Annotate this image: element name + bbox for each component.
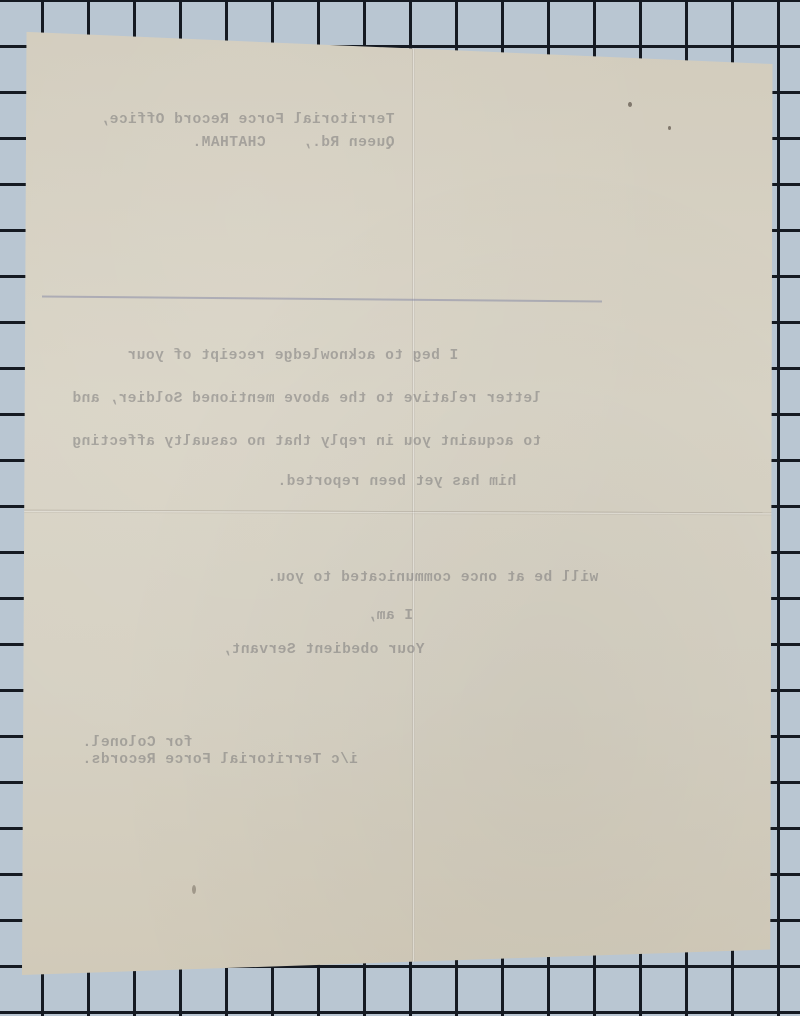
header-line-address: Queen Rd., CHATHAM. — [192, 135, 394, 151]
header-line-office: Territorial Force Record Office, — [100, 112, 394, 128]
signature-office: i/c Territorial Force Records. — [82, 752, 358, 768]
body-line-4: him has yet been reported. — [277, 474, 516, 490]
closing-servant: Your obedient Servant, — [222, 642, 424, 658]
horizontal-fold-crease — [22, 510, 774, 516]
closing-salutation: I am, — [367, 608, 413, 624]
body-line-2: letter relative to the above mentioned S… — [72, 391, 541, 407]
ink-spot — [192, 885, 196, 894]
letter-sheet: Territorial Force Record Office, Queen R… — [22, 30, 774, 975]
ink-spot — [628, 102, 632, 107]
body-line-1: I beg to acknowledge receipt of your — [127, 348, 458, 364]
header-rule-line — [42, 296, 602, 303]
vertical-fold-crease — [412, 30, 415, 975]
signature-title: for Colonel. — [82, 735, 192, 751]
body-line-3: to acquaint you in reply that no casualt… — [72, 434, 541, 450]
body-line-5: will be at once communicated to you. — [267, 570, 598, 586]
ink-spot — [668, 126, 671, 130]
